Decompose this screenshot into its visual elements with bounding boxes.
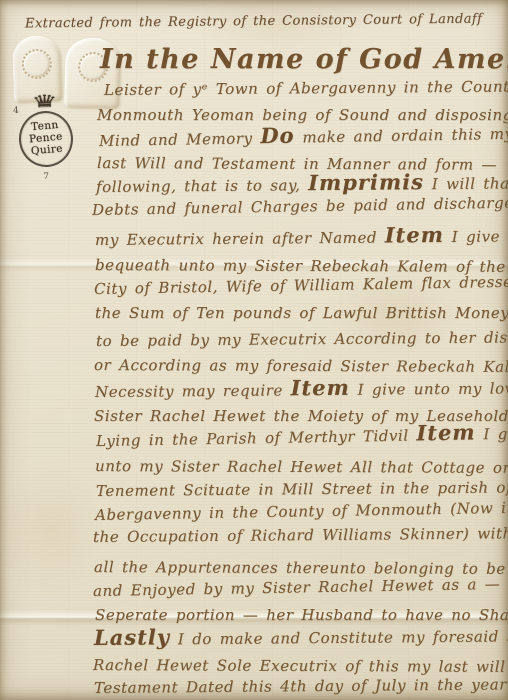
line-text: I do make and Constitute my foresaid Sis…	[170, 627, 508, 648]
line-text-emphasis: Item	[385, 222, 444, 248]
line-text: make and ordain this my	[294, 125, 508, 147]
line-text: my Executrix herein after Named	[95, 228, 385, 249]
line-text: and Enjoyed by my Sister Rachel Hewet as…	[93, 575, 501, 600]
line-text: Seperate portion — her Husband to have n…	[95, 606, 508, 624]
line-text: Mind and Memory	[99, 129, 261, 150]
manuscript-photo: ♛ 4 Tenn Pence Quire 7 Extracted from th…	[0, 0, 508, 700]
manuscript-line: my Executrix herein after Named Item I g…	[95, 225, 508, 251]
line-text: the Sum of Ten pounds of Lawful Brittish…	[95, 304, 508, 322]
line-text: following, that is to say,	[96, 176, 308, 196]
manuscript-line: Monmouth Yeoman being of Sound and dispo…	[97, 104, 508, 126]
line-text: Necessity may require	[95, 381, 291, 401]
line-text: City of Bristol, Wife of William Kalem f…	[94, 273, 508, 298]
manuscript-line: Necessity may require Item I give unto m…	[95, 377, 508, 403]
manuscript-line: Seperate portion — her Husband to have n…	[95, 604, 508, 626]
manuscript-line: to be paid by my Executrix According to …	[96, 326, 508, 352]
line-text: I give	[475, 424, 508, 443]
manuscript-line: the Sum of Ten pounds of Lawful Brittish…	[95, 302, 508, 324]
line-text: I give and	[444, 227, 508, 246]
line-text: last Will and Testament in Manner and fo…	[97, 154, 497, 174]
line-text: I will that all my	[424, 174, 508, 193]
line-text: Leister of yᵉ Town of Abergavenny in the…	[104, 77, 508, 99]
line-text-emphasis: Item	[416, 419, 476, 445]
line-text: Abergavenny in the County of Monmouth (N…	[95, 499, 508, 524]
line-text: Lying in the Parish of Merthyr Tidvil	[96, 426, 417, 450]
line-text-emphasis: Lastly	[94, 624, 170, 650]
manuscript-line: the Occupation of Richard Williams Skinn…	[93, 522, 508, 548]
line-text: Monmouth Yeoman being of Sound and dispo…	[97, 106, 508, 124]
line-text: to be paid by my Executrix According to …	[96, 328, 508, 350]
manuscript-line: Leister of yᵉ Town of Abergavenny in the…	[104, 75, 508, 101]
line-text-emphasis: Imprimis	[308, 169, 424, 195]
manuscript-line: unto my Sister Rachel Hewet All that Cot…	[95, 455, 508, 479]
line-text: Testament Dated this 4th day of July in …	[94, 675, 508, 697]
line-text: Tenement Scituate in Mill Street in the …	[96, 478, 508, 500]
line-text: the Occupation of Richard Williams Skinn…	[93, 524, 508, 546]
line-text: I give unto my loving	[350, 379, 508, 399]
line-text-emphasis: Do	[260, 123, 295, 149]
manuscript-line: Lastly I do make and Constitute my fores…	[94, 625, 508, 651]
manuscript-body: Leister of yᵉ Town of Abergavenny in the…	[0, 0, 508, 700]
line-text: or According as my foresaid Sister Rebec…	[94, 356, 508, 376]
manuscript-line: Mind and Memory Do make and ordain this …	[99, 123, 508, 152]
line-text-emphasis: Item	[291, 375, 350, 401]
manuscript-line: Testament Dated this 4th day of July in …	[94, 673, 508, 699]
line-text: unto my Sister Rachel Hewet All that Cot…	[95, 457, 508, 477]
